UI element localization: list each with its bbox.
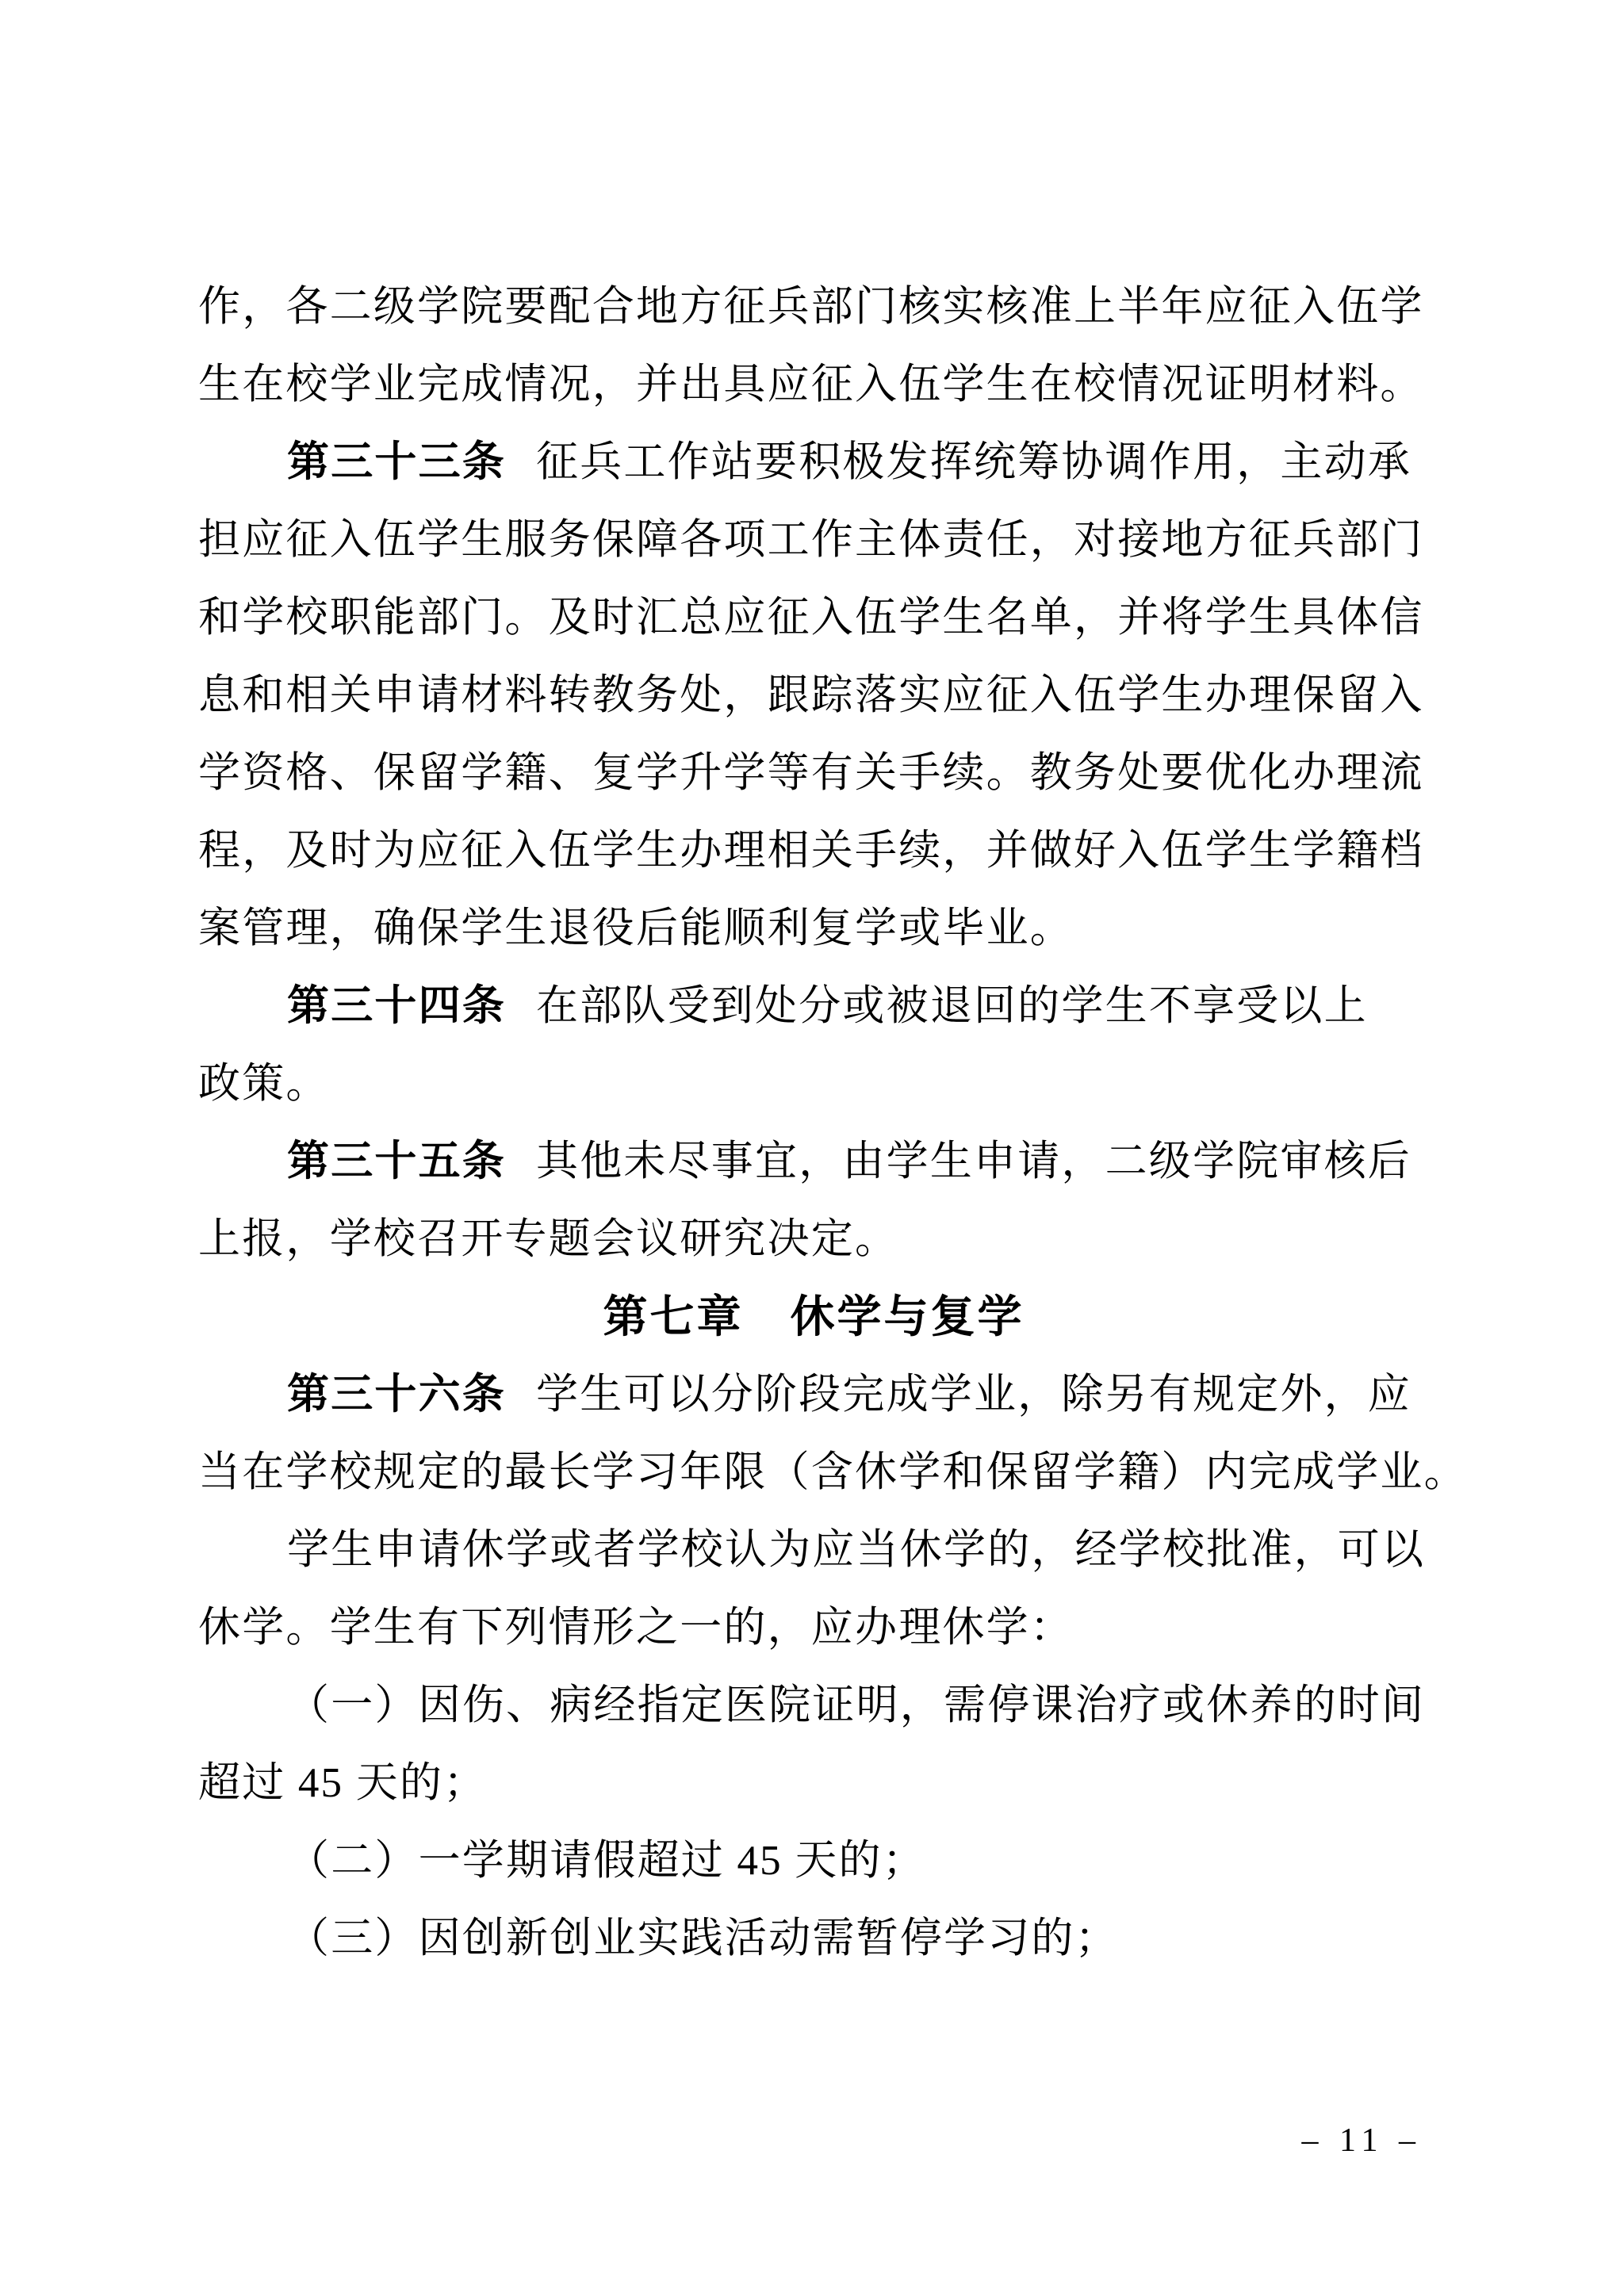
- text-line: （三）因创新创业实践活动需暂停学习的；: [198, 1900, 1429, 1977]
- article-line: 第三十三条征兵工作站要积极发挥统筹协调作用，主动承: [198, 423, 1429, 501]
- article-number: 第三十六条: [287, 1372, 506, 1418]
- article-line: 第三十六条学生可以分阶段完成学业，除另有规定外，应: [198, 1356, 1429, 1433]
- document-page: 作，各二级学院要配合地方征兵部门核实核准上半年应征入伍学生在校学业完成情况，并出…: [0, 0, 1624, 2296]
- text-line: 生在校学业完成情况，并出具应征入伍学生在校情况证明材料。: [198, 346, 1429, 423]
- page-number: – 11 –: [1302, 2122, 1422, 2160]
- text-line: 学生申请休学或者学校认为应当休学的，经学校批准，可以: [198, 1511, 1429, 1589]
- text-line: 程，及时为应征入伍学生办理相关手续，并做好入伍学生学籍档: [198, 812, 1429, 890]
- text-line: 学资格、保留学籍、复学升学等有关手续。教务处要优化办理流: [198, 734, 1429, 812]
- article-line: 第三十五条其他未尽事宜，由学生申请，二级学院审核后: [198, 1123, 1429, 1200]
- article-text: 征兵工作站要积极发挥统筹协调作用，主动承: [536, 439, 1411, 485]
- article-number: 第三十五条: [287, 1138, 506, 1184]
- text-line: 担应征入伍学生服务保障各项工作主体责任，对接地方征兵部门: [198, 501, 1429, 579]
- text-line: （二）一学期请假超过 45 天的；: [198, 1822, 1429, 1900]
- article-text: 其他未尽事宜，由学生申请，二级学院审核后: [536, 1138, 1411, 1184]
- article-text: 在部队受到处分或被退回的学生不享受以上: [536, 983, 1368, 1029]
- chapter-heading: 第七章 休学与复学: [198, 1278, 1429, 1356]
- text-line: 休学。学生有下列情形之一的，应办理休学：: [198, 1589, 1429, 1667]
- text-line: 案管理，确保学生退役后能顺利复学或毕业。: [198, 890, 1429, 967]
- article-number: 第三十三条: [287, 439, 506, 485]
- text-line: 超过 45 天的；: [198, 1744, 1429, 1822]
- article-text: 学生可以分阶段完成学业，除另有规定外，应: [536, 1372, 1411, 1418]
- article-line: 第三十四条在部队受到处分或被退回的学生不享受以上: [198, 967, 1429, 1045]
- text-line: 上报，学校召开专题会议研究决定。: [198, 1200, 1429, 1278]
- article-number: 第三十四条: [287, 983, 506, 1029]
- text-line: 息和相关申请材料转教务处，跟踪落实应征入伍学生办理保留入: [198, 656, 1429, 734]
- text-line: 作，各二级学院要配合地方征兵部门核实核准上半年应征入伍学: [198, 268, 1429, 346]
- document-body: 作，各二级学院要配合地方征兵部门核实核准上半年应征入伍学生在校学业完成情况，并出…: [198, 268, 1429, 1977]
- text-line: 政策。: [198, 1045, 1429, 1123]
- text-line: 当在学校规定的最长学习年限（含休学和保留学籍）内完成学业。: [198, 1433, 1429, 1511]
- text-line: 和学校职能部门。及时汇总应征入伍学生名单，并将学生具体信: [198, 579, 1429, 656]
- text-line: （一）因伤、病经指定医院证明，需停课治疗或休养的时间: [198, 1667, 1429, 1744]
